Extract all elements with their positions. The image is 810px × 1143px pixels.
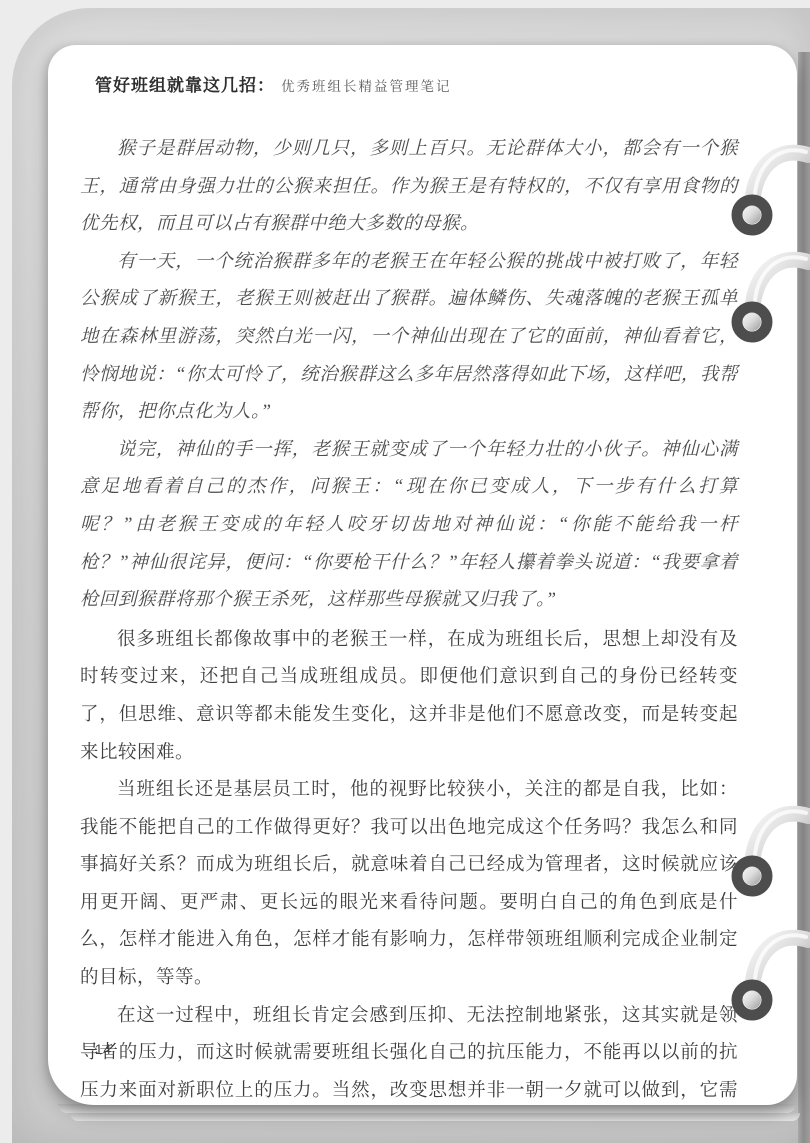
binder-ring-icon [728, 143, 810, 247]
binder-ring-icon [728, 250, 810, 354]
book-page: 管好班组就靠这几招：优秀班组长精益管理笔记 猴子是群居动物，少则几只，多则上百只… [48, 45, 797, 1105]
body-paragraph: 很多班组长都像故事中的老猴王一样，在成为班组长后，思想上却没有及时转变过来，还把… [80, 620, 738, 770]
stacked-sheet [58, 1104, 796, 1113]
page-header: 管好班组就靠这几招：优秀班组长精益管理笔记 [95, 71, 452, 96]
page-number: 14 [95, 1042, 112, 1057]
body-paragraph: 当班组长还是基层员工时，他的视野比较狭小，关注的都是自我，比如：我能不能把自己的… [80, 770, 738, 996]
chapter-subtitle: 优秀班组长精益管理笔记 [281, 79, 452, 94]
binder-ring-icon [728, 928, 810, 1032]
text-block: 猴子是群居动物，少则几只，多则上百只。无论群体大小，都会有一个猴王，通常由身强力… [80, 131, 738, 1105]
story-paragraph: 有一天，一个统治猴群多年的老猴王在年轻公猴的挑战中被打败了，年轻公猴成了新猴王，… [80, 244, 738, 432]
story-paragraph: 猴子是群居动物，少则几只，多则上百只。无论群体大小，都会有一个猴王，通常由身强力… [80, 131, 738, 244]
binder-ring-icon [728, 804, 810, 908]
chapter-title: 管好班组就靠这几招： [95, 76, 275, 95]
body-paragraph: 在这一过程中，班组长肯定会感到压抑、无法控制地紧张，这其实就是领导者的压力，而这… [80, 996, 738, 1105]
stacked-sheet [70, 1113, 800, 1121]
story-paragraph: 说完，神仙的手一挥，老猴王就变成了一个年轻力壮的小伙子。神仙心满意足地看着自己的… [80, 432, 738, 620]
screenshot-root: { "book": { "header": { "title": "管好班组就靠… [0, 0, 810, 1143]
